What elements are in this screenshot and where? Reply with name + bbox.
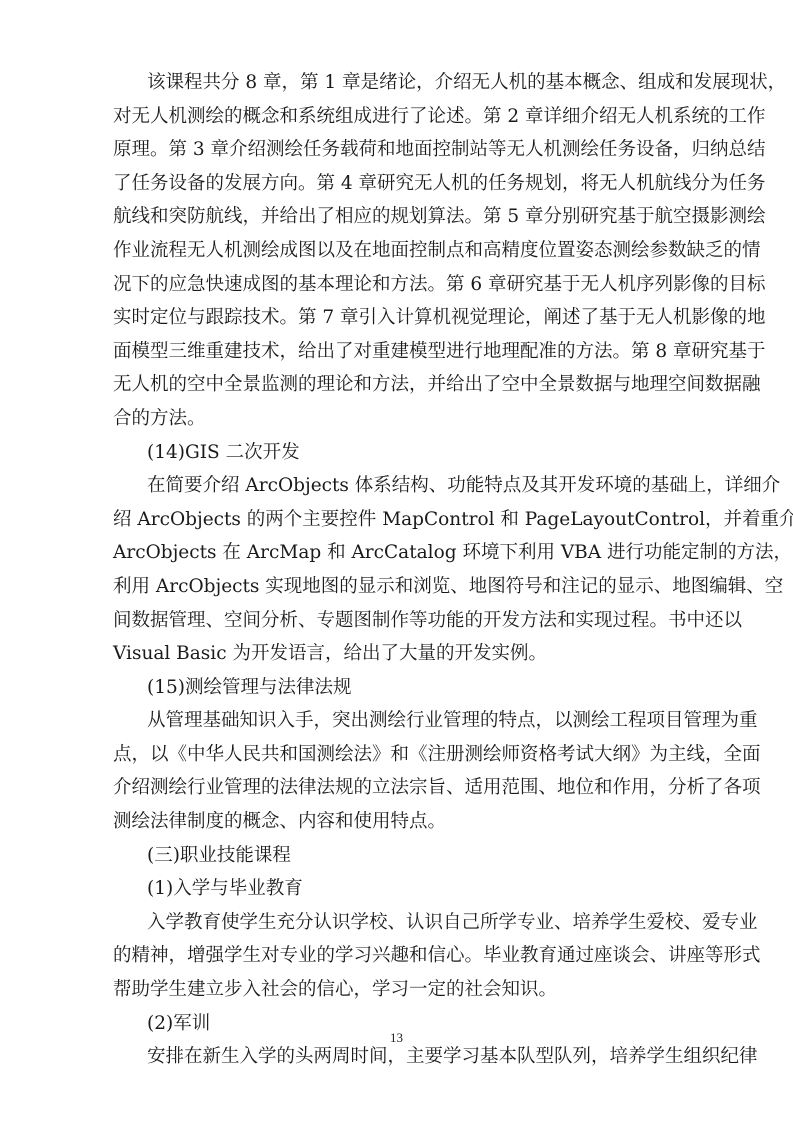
text-line: 帮助学生建立步入社会的信心，学习一定的社会知识。 <box>113 973 673 1007</box>
page-number: 13 <box>0 1030 793 1046</box>
text-line: 间数据管理、空间分析、专题图制作等功能的开发方法和实现过程。书中还以 <box>113 604 673 638</box>
text-line: 的精神，增强学生对专业的学习兴趣和信心。毕业教育通过座谈会、讲座等形式 <box>113 939 673 973</box>
text-line: 该课程共分 8 章，第 1 章是绪论，介绍无人机的基本概念、组成和发展现状， <box>113 66 673 100</box>
text-line: 入学教育使学生充分认识学校、认识自己所学专业、培养学生爱校、爱专业 <box>113 906 673 940</box>
text-line: 面模型三维重建技术，给出了对重建模型进行地理配准的方法。第 8 章研究基于 <box>113 335 673 369</box>
text-line: (15)测绘管理与法律法规 <box>113 671 673 705</box>
text-line: 从管理基础知识入手，突出测绘行业管理的特点，以测绘工程项目管理为重 <box>113 704 673 738</box>
text-line: 航线和突防航线，并给出了相应的规划算法。第 5 章分别研究基于航空摄影测绘 <box>113 200 673 234</box>
text-line: 点，以《中华人民共和国测绘法》和《注册测绘师资格考试大纲》为主线，全面 <box>113 738 673 772</box>
text-line: 实时定位与跟踪技术。第 7 章引入计算机视觉理论，阐述了基于无人机影像的地 <box>113 301 673 335</box>
text-line: 无人机的空中全景监测的理论和方法，并给出了空中全景数据与地理空间数据融 <box>113 368 673 402</box>
text-line: 了任务设备的发展方向。第 4 章研究无人机的任务规划，将无人机航线分为任务 <box>113 167 673 201</box>
text-line: 况下的应急快速成图的基本理论和方法。第 6 章研究基于无人机序列影像的目标 <box>113 268 673 302</box>
text-line: ArcObjects 在 ArcMap 和 ArcCatalog 环境下利用 V… <box>113 536 673 570</box>
text-line: 合的方法。 <box>113 402 673 436</box>
text-line: 绍 ArcObjects 的两个主要控件 MapControl 和 PageLa… <box>113 503 673 537</box>
text-line: 对无人机测绘的概念和系统组成进行了论述。第 2 章详细介绍无人机系统的工作 <box>113 100 673 134</box>
text-line: 利用 ArcObjects 实现地图的显示和浏览、地图符号和注记的显示、地图编辑… <box>113 570 673 604</box>
text-line: 介绍测绘行业管理的法律法规的立法宗旨、适用范围、地位和作用，分析了各项 <box>113 771 673 805</box>
text-line: 测绘法律制度的概念、内容和使用特点。 <box>113 805 673 839</box>
text-line: 在简要介绍 ArcObjects 体系结构、功能特点及其开发环境的基础上，详细介 <box>113 469 673 503</box>
text-line: Visual Basic 为开发语言，给出了大量的开发实例。 <box>113 637 673 671</box>
body-text: 该课程共分 8 章，第 1 章是绪论，介绍无人机的基本概念、组成和发展现状，对无… <box>113 66 673 1074</box>
document-page: 该课程共分 8 章，第 1 章是绪论，介绍无人机的基本概念、组成和发展现状，对无… <box>0 0 793 1122</box>
text-line: 作业流程无人机测绘成图以及在地面控制点和高精度位置姿态测绘参数缺乏的情 <box>113 234 673 268</box>
text-line: (14)GIS 二次开发 <box>113 436 673 470</box>
text-line: (三)职业技能课程 <box>113 839 673 873</box>
text-line: (1)入学与毕业教育 <box>113 872 673 906</box>
text-line: 原理。第 3 章介绍测绘任务载荷和地面控制站等无人机测绘任务设备，归纳总结 <box>113 133 673 167</box>
